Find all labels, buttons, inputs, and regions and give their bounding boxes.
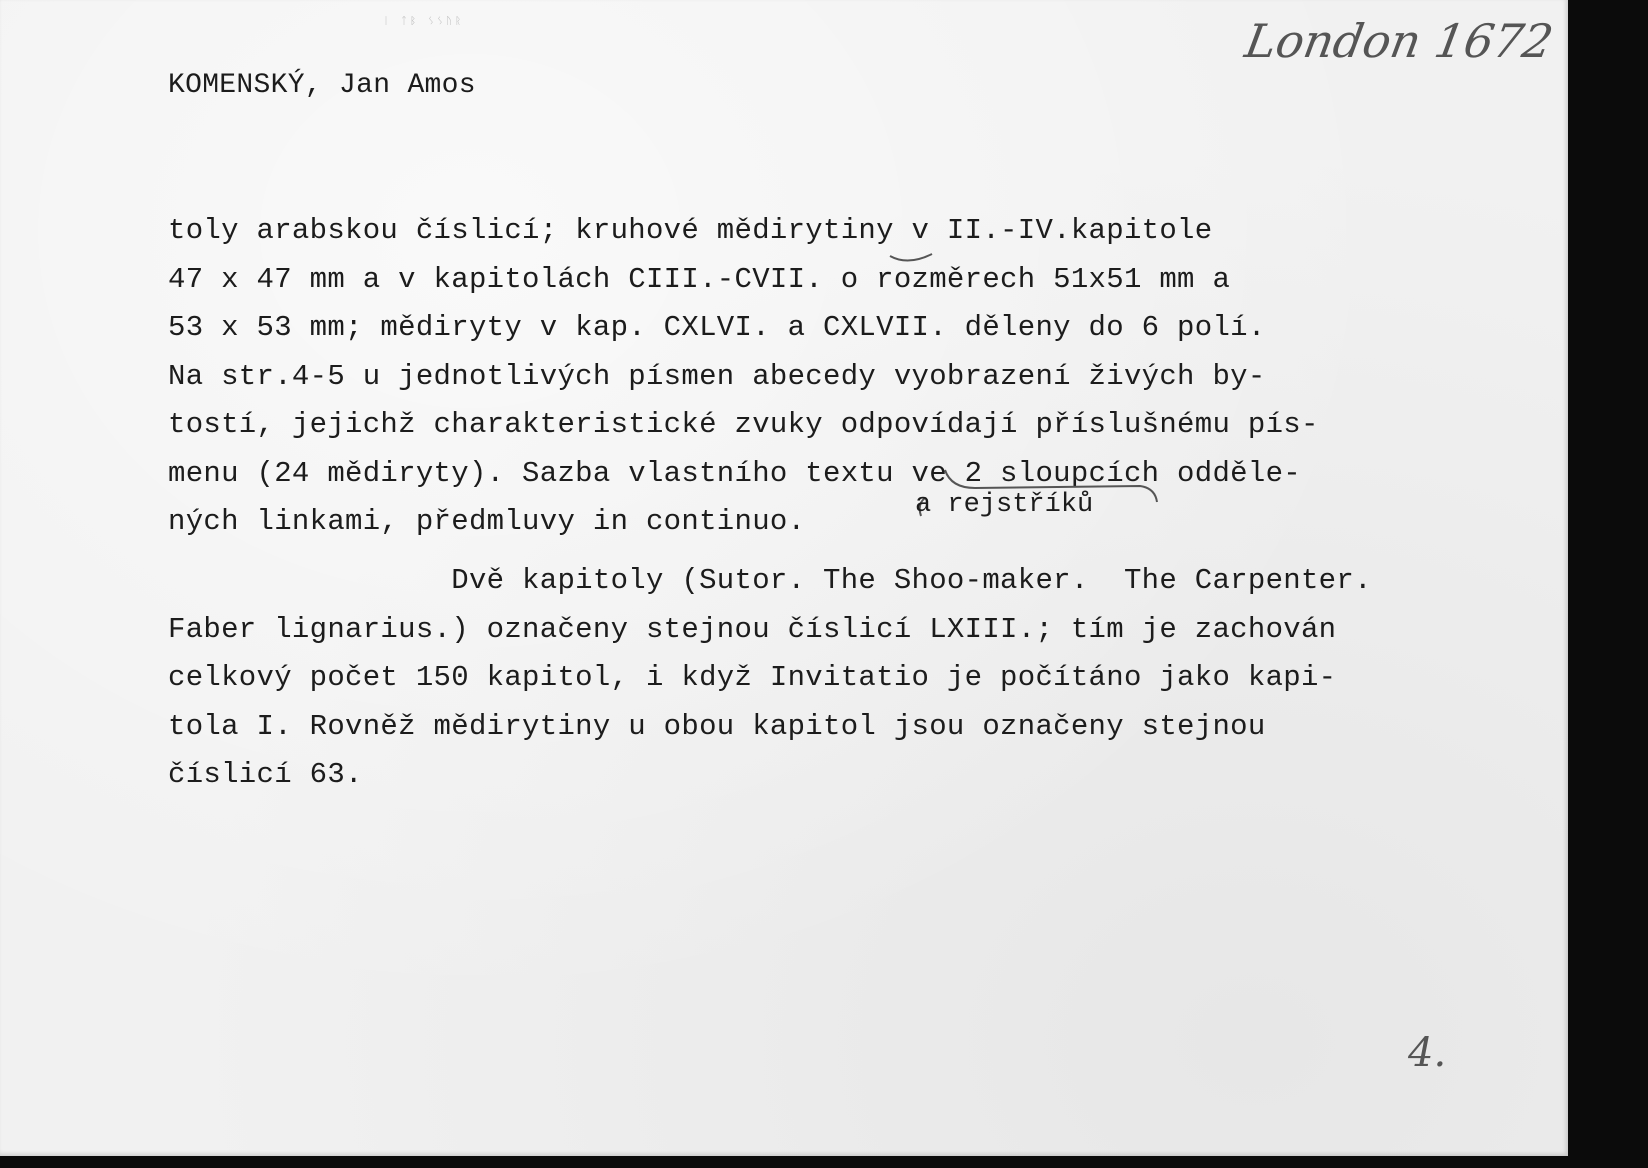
text-line: číslicí 63. [168, 758, 363, 791]
text-line: toly arabskou číslicí; kruhové mědirytin… [168, 214, 1212, 247]
card-heading-author: KOMENSKÝ, Jan Amos [168, 70, 476, 101]
text-line: celkový počet 150 kapitol, i když Invita… [168, 661, 1336, 694]
catalog-card: ᛁ ᛏᛒ ᛊᛊᚢᚱ KOMENSKÝ, Jan Amos London 1672… [0, 0, 1568, 1156]
text-line: Na str.4-5 u jednotlivých písmen abecedy… [168, 360, 1266, 393]
correction-mark-icon [888, 238, 938, 264]
text-line: Faber lignarius.) označeny stejnou čísli… [168, 613, 1336, 646]
text-line: tola I. Rovněž mědirytiny u obou kapitol… [168, 710, 1266, 743]
text-line: 47 x 47 mm a v kapitolách CIII.-CVII. o … [168, 263, 1230, 296]
handwritten-insertion: a rejstříků [915, 490, 1093, 520]
handwritten-location-date: London 1672 [1241, 14, 1557, 68]
handwritten-card-number: 4. [1408, 1030, 1446, 1076]
text-line: tostí, jejichž charakteristické zvuky od… [168, 408, 1319, 441]
faint-stamp-marks: ᛁ ᛏᛒ ᛊᛊᚢᚱ [383, 16, 464, 28]
text-line: 53 x 53 mm; mědiryty v kap. CXLVI. a CXL… [168, 311, 1266, 344]
text-line: ných linkami, předmluvy in continuo. [168, 505, 805, 538]
text-line: Dvě kapitoly (Sutor. The Shoo-maker. The… [168, 564, 1372, 597]
